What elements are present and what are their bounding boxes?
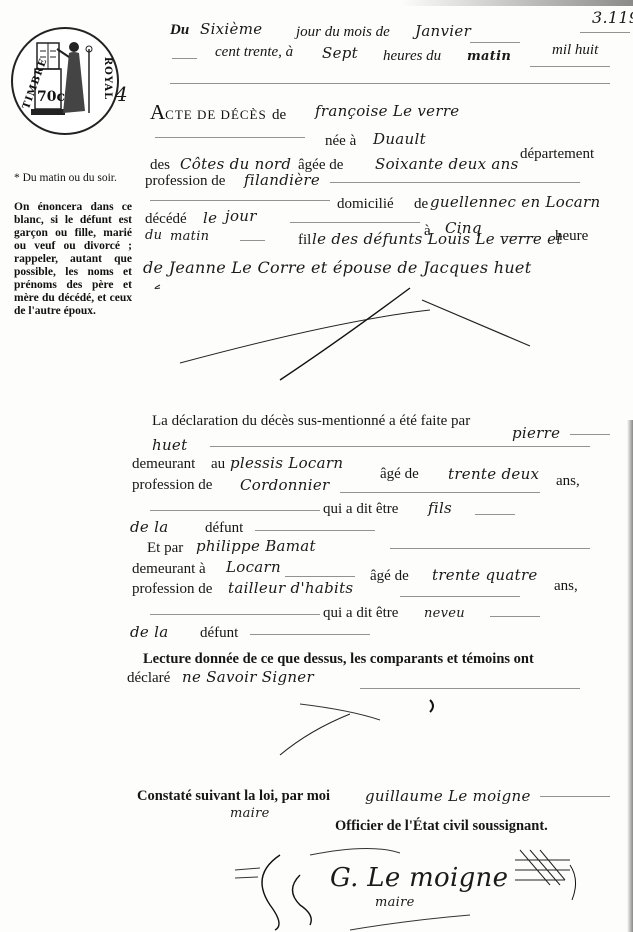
header-heures-label: heures du xyxy=(383,48,441,65)
declarant1-qui-label: qui a dit être xyxy=(323,501,398,518)
declarant2-qui-label: qui a dit être xyxy=(323,605,398,622)
declarant2-age-label: âgé de xyxy=(370,568,409,585)
stamp-value: 70c xyxy=(37,89,65,105)
header-hour: Sept xyxy=(322,44,358,62)
signature-text: G. Le moigne xyxy=(330,863,508,893)
declarant2-relation: neveu xyxy=(424,606,465,621)
header-cent-trente: cent trente, à xyxy=(215,44,293,61)
declarant1-ans-label: ans, xyxy=(556,473,580,490)
declarant1-last: huet xyxy=(152,436,187,454)
departement-label: département xyxy=(520,146,594,163)
domicile-value: guellennec en Locarn xyxy=(430,193,600,211)
lecture-declare-label: déclaré xyxy=(127,670,170,687)
birthplace: Duault xyxy=(373,130,426,148)
declarant1-defunt-label: défunt xyxy=(205,520,243,537)
deceased-profession: filandière xyxy=(244,171,320,189)
margin-mark: 4 xyxy=(115,82,128,106)
declarant2-profession: tailleur d'habits xyxy=(228,579,353,597)
declarant2-ans-label: ans, xyxy=(554,578,578,595)
header-jour-label: jour du mois de xyxy=(296,24,390,41)
declaration-intro: La déclaration du décès sus-mentionné a … xyxy=(152,413,470,430)
declarant1-first: pierre xyxy=(512,424,560,442)
declarant1-age: trente deux xyxy=(448,465,539,483)
officer-title-hand: maire xyxy=(230,806,270,821)
status-line1: le des défunts Louis Le verre et xyxy=(312,230,563,248)
page-top-shadow xyxy=(400,0,633,6)
declarant1-relation: fils xyxy=(428,499,452,517)
deceased-name: françoise Le verre xyxy=(315,102,459,120)
death-day: jour xyxy=(225,207,257,225)
demeurant-label: demeurant xyxy=(132,456,195,473)
decede-label: décédé xyxy=(145,211,187,228)
status-line2: de Jeanne Le Corre et épouse de Jacques … xyxy=(143,258,531,277)
du-label: du xyxy=(145,228,162,243)
signature-sub: maire xyxy=(375,895,415,910)
declarant2-profession-label: profession de xyxy=(132,581,212,598)
margin-footnote: * Du matin ou du soir. xyxy=(14,172,132,185)
declarant1-residence: plessis Locarn xyxy=(230,454,343,472)
constat-text: Constaté suivant la loi, par moi xyxy=(137,788,330,805)
domicile-de: de xyxy=(414,196,428,213)
declarant1-profession: Cordonnier xyxy=(240,476,329,494)
born-label: née à xyxy=(325,133,356,150)
page-binding-edge xyxy=(627,420,633,932)
et-par-label: Et par xyxy=(147,540,183,557)
deceased-age: Soixante deux ans xyxy=(375,155,519,173)
decede-le: le xyxy=(203,209,217,227)
declarant2-de-la: de la xyxy=(130,623,169,641)
officer-name: guillaume Le moigne xyxy=(365,787,531,805)
officer-signature: G. Le moigne maire xyxy=(230,845,610,932)
acte-title: ACTE DE DÉCÈS de xyxy=(150,100,286,125)
declarant1-profession-label: profession de xyxy=(132,477,212,494)
declarant2-demeurant-label: demeurant à xyxy=(132,561,206,578)
demeurant-au: au xyxy=(211,456,225,473)
lecture-declare-value: ne Savoir Signer xyxy=(182,668,314,686)
acte-title-initial: A xyxy=(150,100,165,124)
stamp-right-text: ROYAL xyxy=(102,57,113,100)
declarant1-de-la: de la xyxy=(130,518,169,536)
acte-title-de: de xyxy=(272,107,286,123)
header-day: Sixième xyxy=(200,20,262,38)
declarant2-name: philippe Bamat xyxy=(196,537,316,555)
timbre-royal-stamp: TIMBRE ROYAL 70c xyxy=(11,27,119,135)
profession-label: profession de xyxy=(145,173,225,190)
page-number: 3.119 xyxy=(592,8,633,27)
blank-closing-strokes xyxy=(140,280,633,400)
header-period: matin xyxy=(467,49,511,64)
declarant2-defunt-label: défunt xyxy=(200,625,238,642)
margin-instruction: On énoncera dans ce blanc, si le défunt … xyxy=(14,201,132,318)
des-label: des xyxy=(150,157,170,174)
status-printed: fil xyxy=(298,232,311,249)
header-mil-huit: mil huit xyxy=(552,42,598,59)
officer-title-print: Officier de l'État civil soussignant. xyxy=(335,818,548,835)
declarant2-age: trente quatre xyxy=(432,566,538,584)
domicile-label: domicilié xyxy=(337,196,394,213)
declarant2-residence: Locarn xyxy=(226,558,281,576)
header-month: Janvier xyxy=(415,22,471,40)
lecture-text: Lecture donnée de ce que dessus, les com… xyxy=(143,651,534,668)
death-period: matin xyxy=(170,229,209,244)
header-du: Du xyxy=(170,22,189,39)
declarant1-age-label: âgé de xyxy=(380,466,419,483)
lecture-closing-strokes xyxy=(260,690,460,760)
acte-title-rest: CTE DE DÉCÈS xyxy=(165,107,267,122)
